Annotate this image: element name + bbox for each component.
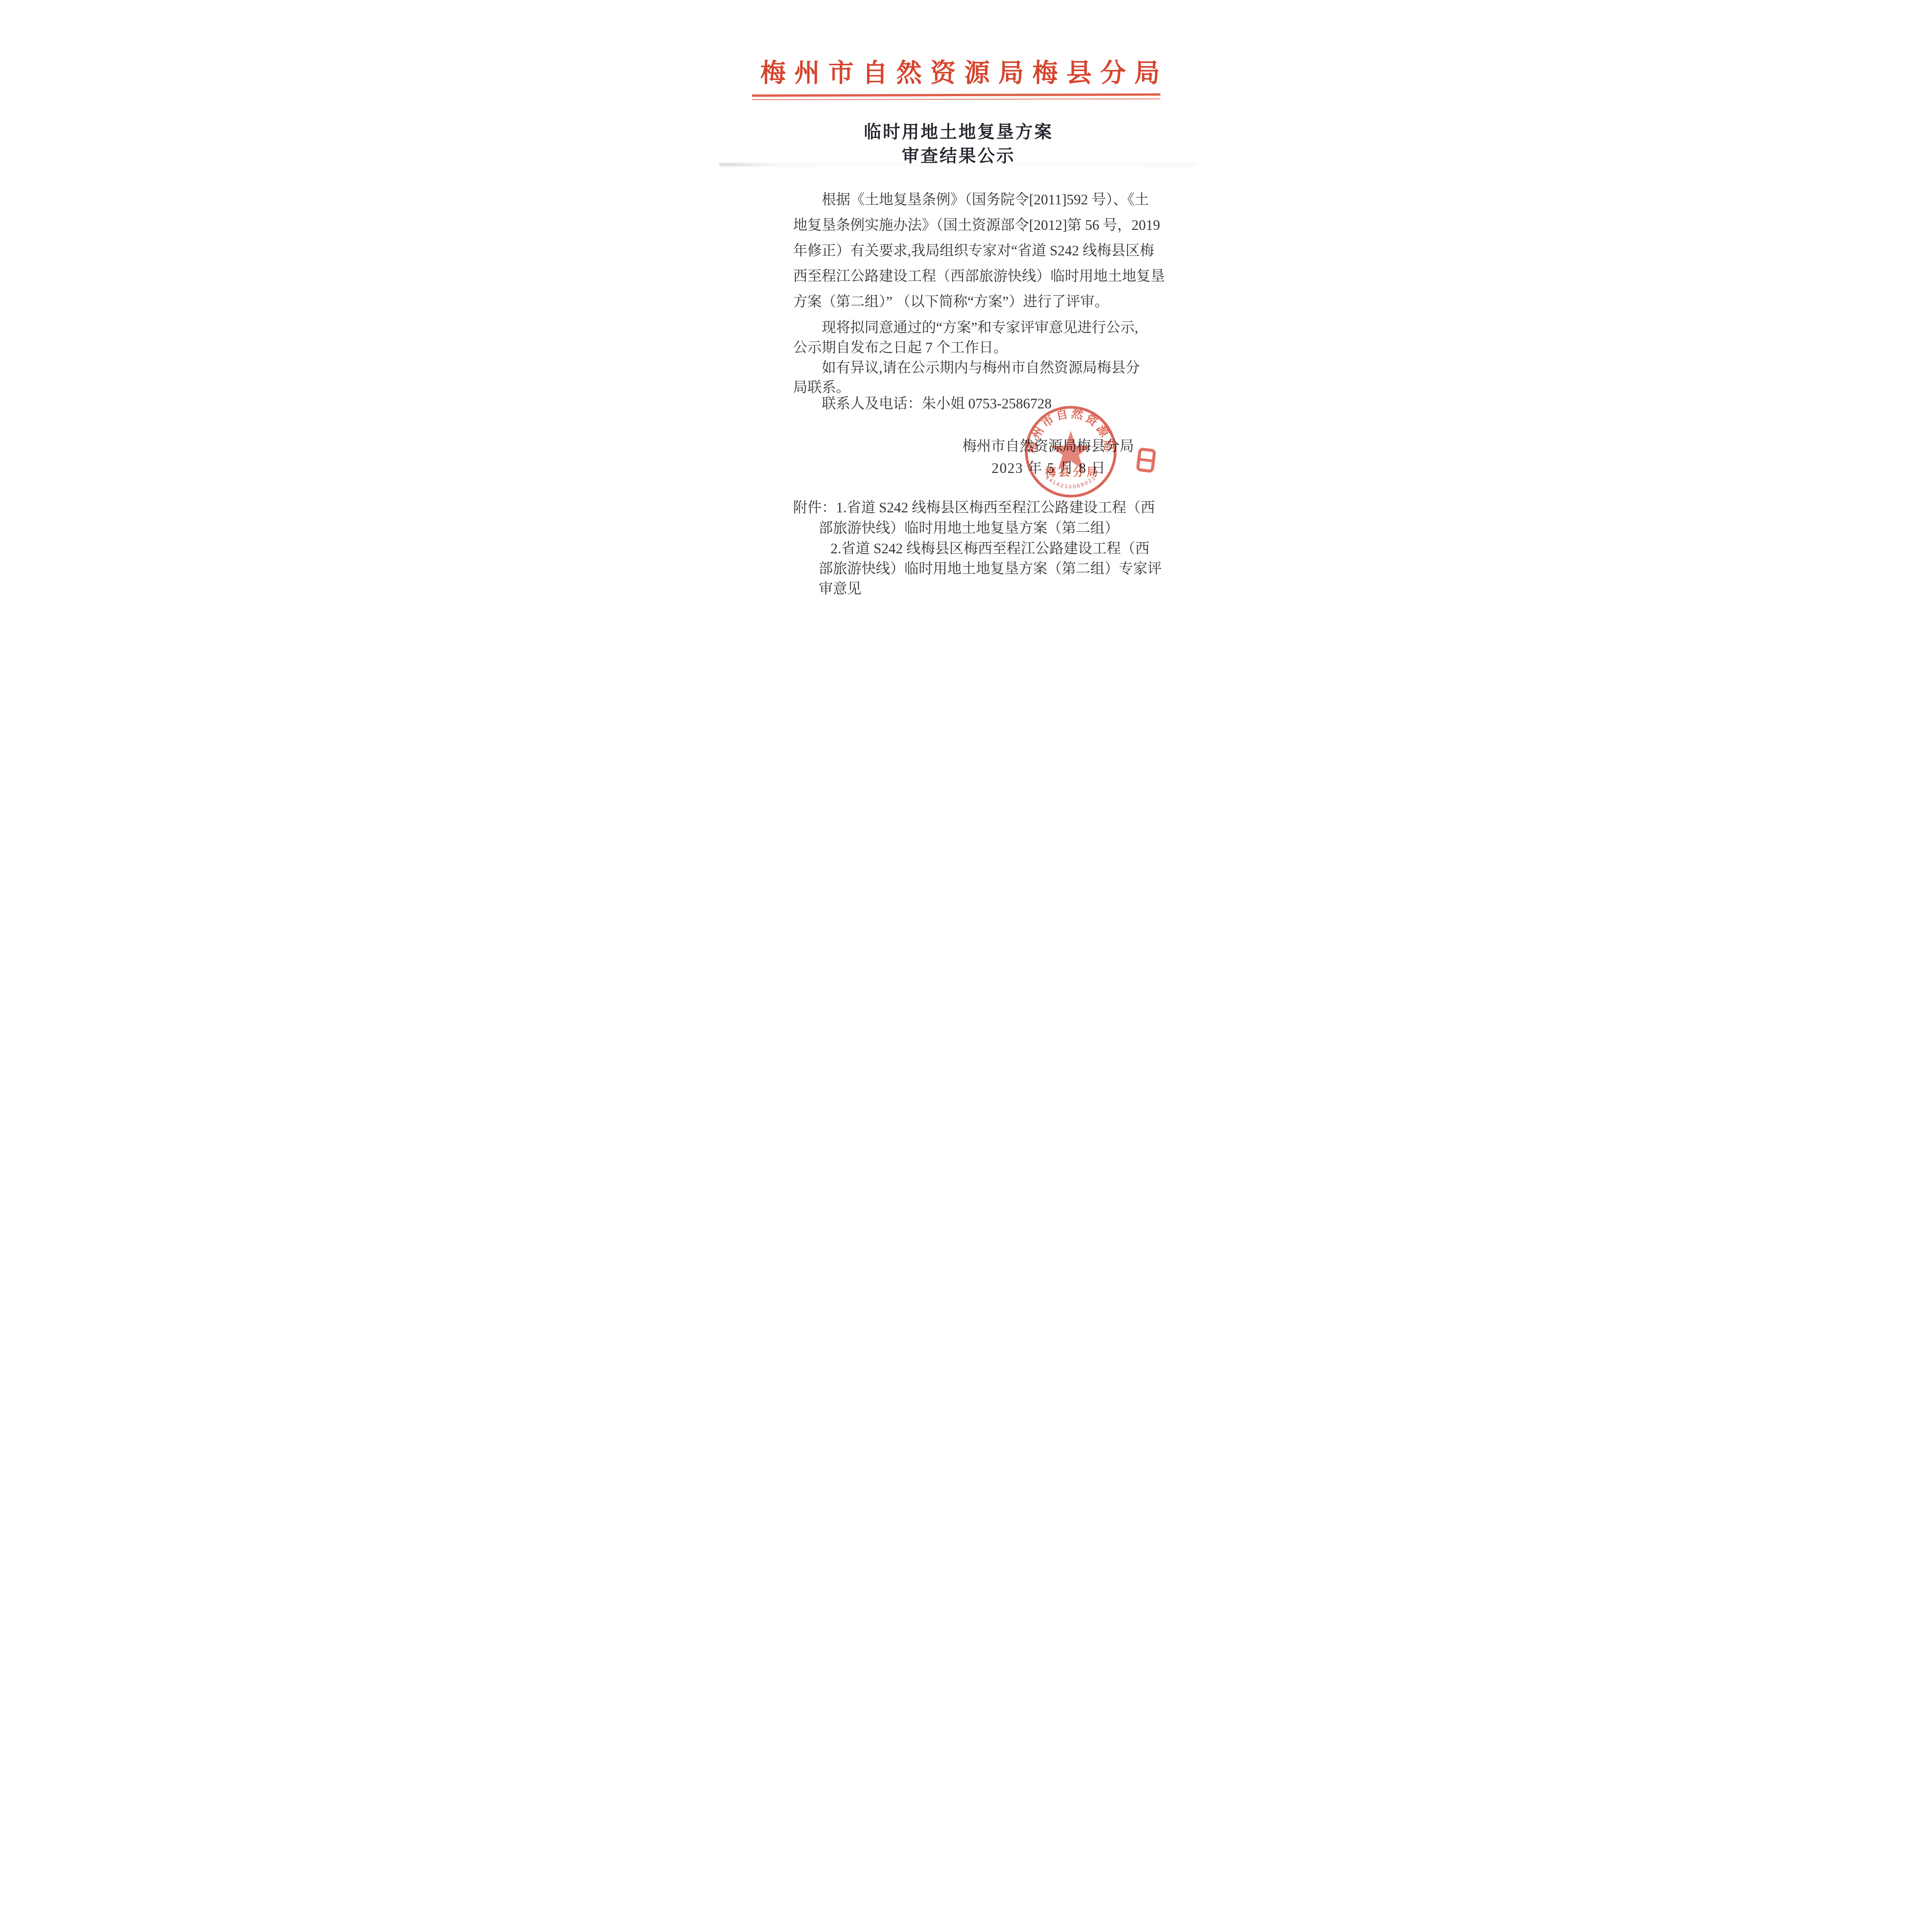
attachment-line: 审意见 [819, 577, 862, 598]
body-line: 方案（第二组）” （以下简称“方案”）进行了评审。 [793, 289, 1141, 315]
official-seal: 梅州市自然资源局 梅县分局 4414210069021 [1021, 401, 1121, 502]
scan-smudge [719, 163, 1198, 166]
seal-ghost-mark-icon [1134, 447, 1158, 473]
seal-star-icon [1050, 431, 1091, 470]
body-line: 根据《土地复垦条例》（国务院令[2011]592 号）、《土 [793, 187, 1141, 213]
body-line: 现将拟同意通过的“方案”和专家评审意见进行公示, [793, 318, 1141, 338]
letterhead-rule-thin [752, 99, 1160, 100]
paragraph-basis: 根据《土地复垦条例》（国务院令[2011]592 号）、《土 地复垦条例实施办法… [793, 187, 1141, 315]
scanned-notice-page: 梅州市自然资源局梅县分局 临时用地土地复垦方案 审查结果公示 根据《土地复垦条例… [719, 0, 1198, 678]
doc-title-line1: 临时用地土地复垦方案 [719, 118, 1198, 143]
body-line: 如有异议,请在公示期内与梅州市自然资源局梅县分 [793, 358, 1141, 378]
paragraph-objection: 如有异议,请在公示期内与梅州市自然资源局梅县分 局联系。 [793, 358, 1141, 398]
body-line: 地复垦条例实施办法》（国土资源部令[2012]第 56 号，2019 [793, 213, 1141, 238]
attachment-line: 部旅游快线）临时用地土地复垦方案（第二组）专家评 [819, 557, 1162, 578]
paragraph-publicity-period: 现将拟同意通过的“方案”和专家评审意见进行公示, 公示期自发布之日起 7 个工作… [793, 318, 1141, 358]
body-line: 公示期自发布之日起 7 个工作日。 [793, 338, 1141, 358]
letterhead-rule-thick [752, 94, 1160, 97]
attachment-line: 部旅游快线）临时用地土地复垦方案（第二组） [819, 516, 1119, 537]
attachment-line: 2.省道 S242 线梅县区梅西至程江公路建设工程（西 [831, 537, 1150, 558]
body-line: 西至程江公路建设工程（西部旅游快线）临时用地土地复垦 [793, 264, 1141, 289]
agency-letterhead: 梅州市自然资源局梅县分局 [752, 59, 1160, 88]
body-line: 年修正）有关要求,我局组织专家对“省道 S242 线梅县区梅 [793, 238, 1141, 264]
